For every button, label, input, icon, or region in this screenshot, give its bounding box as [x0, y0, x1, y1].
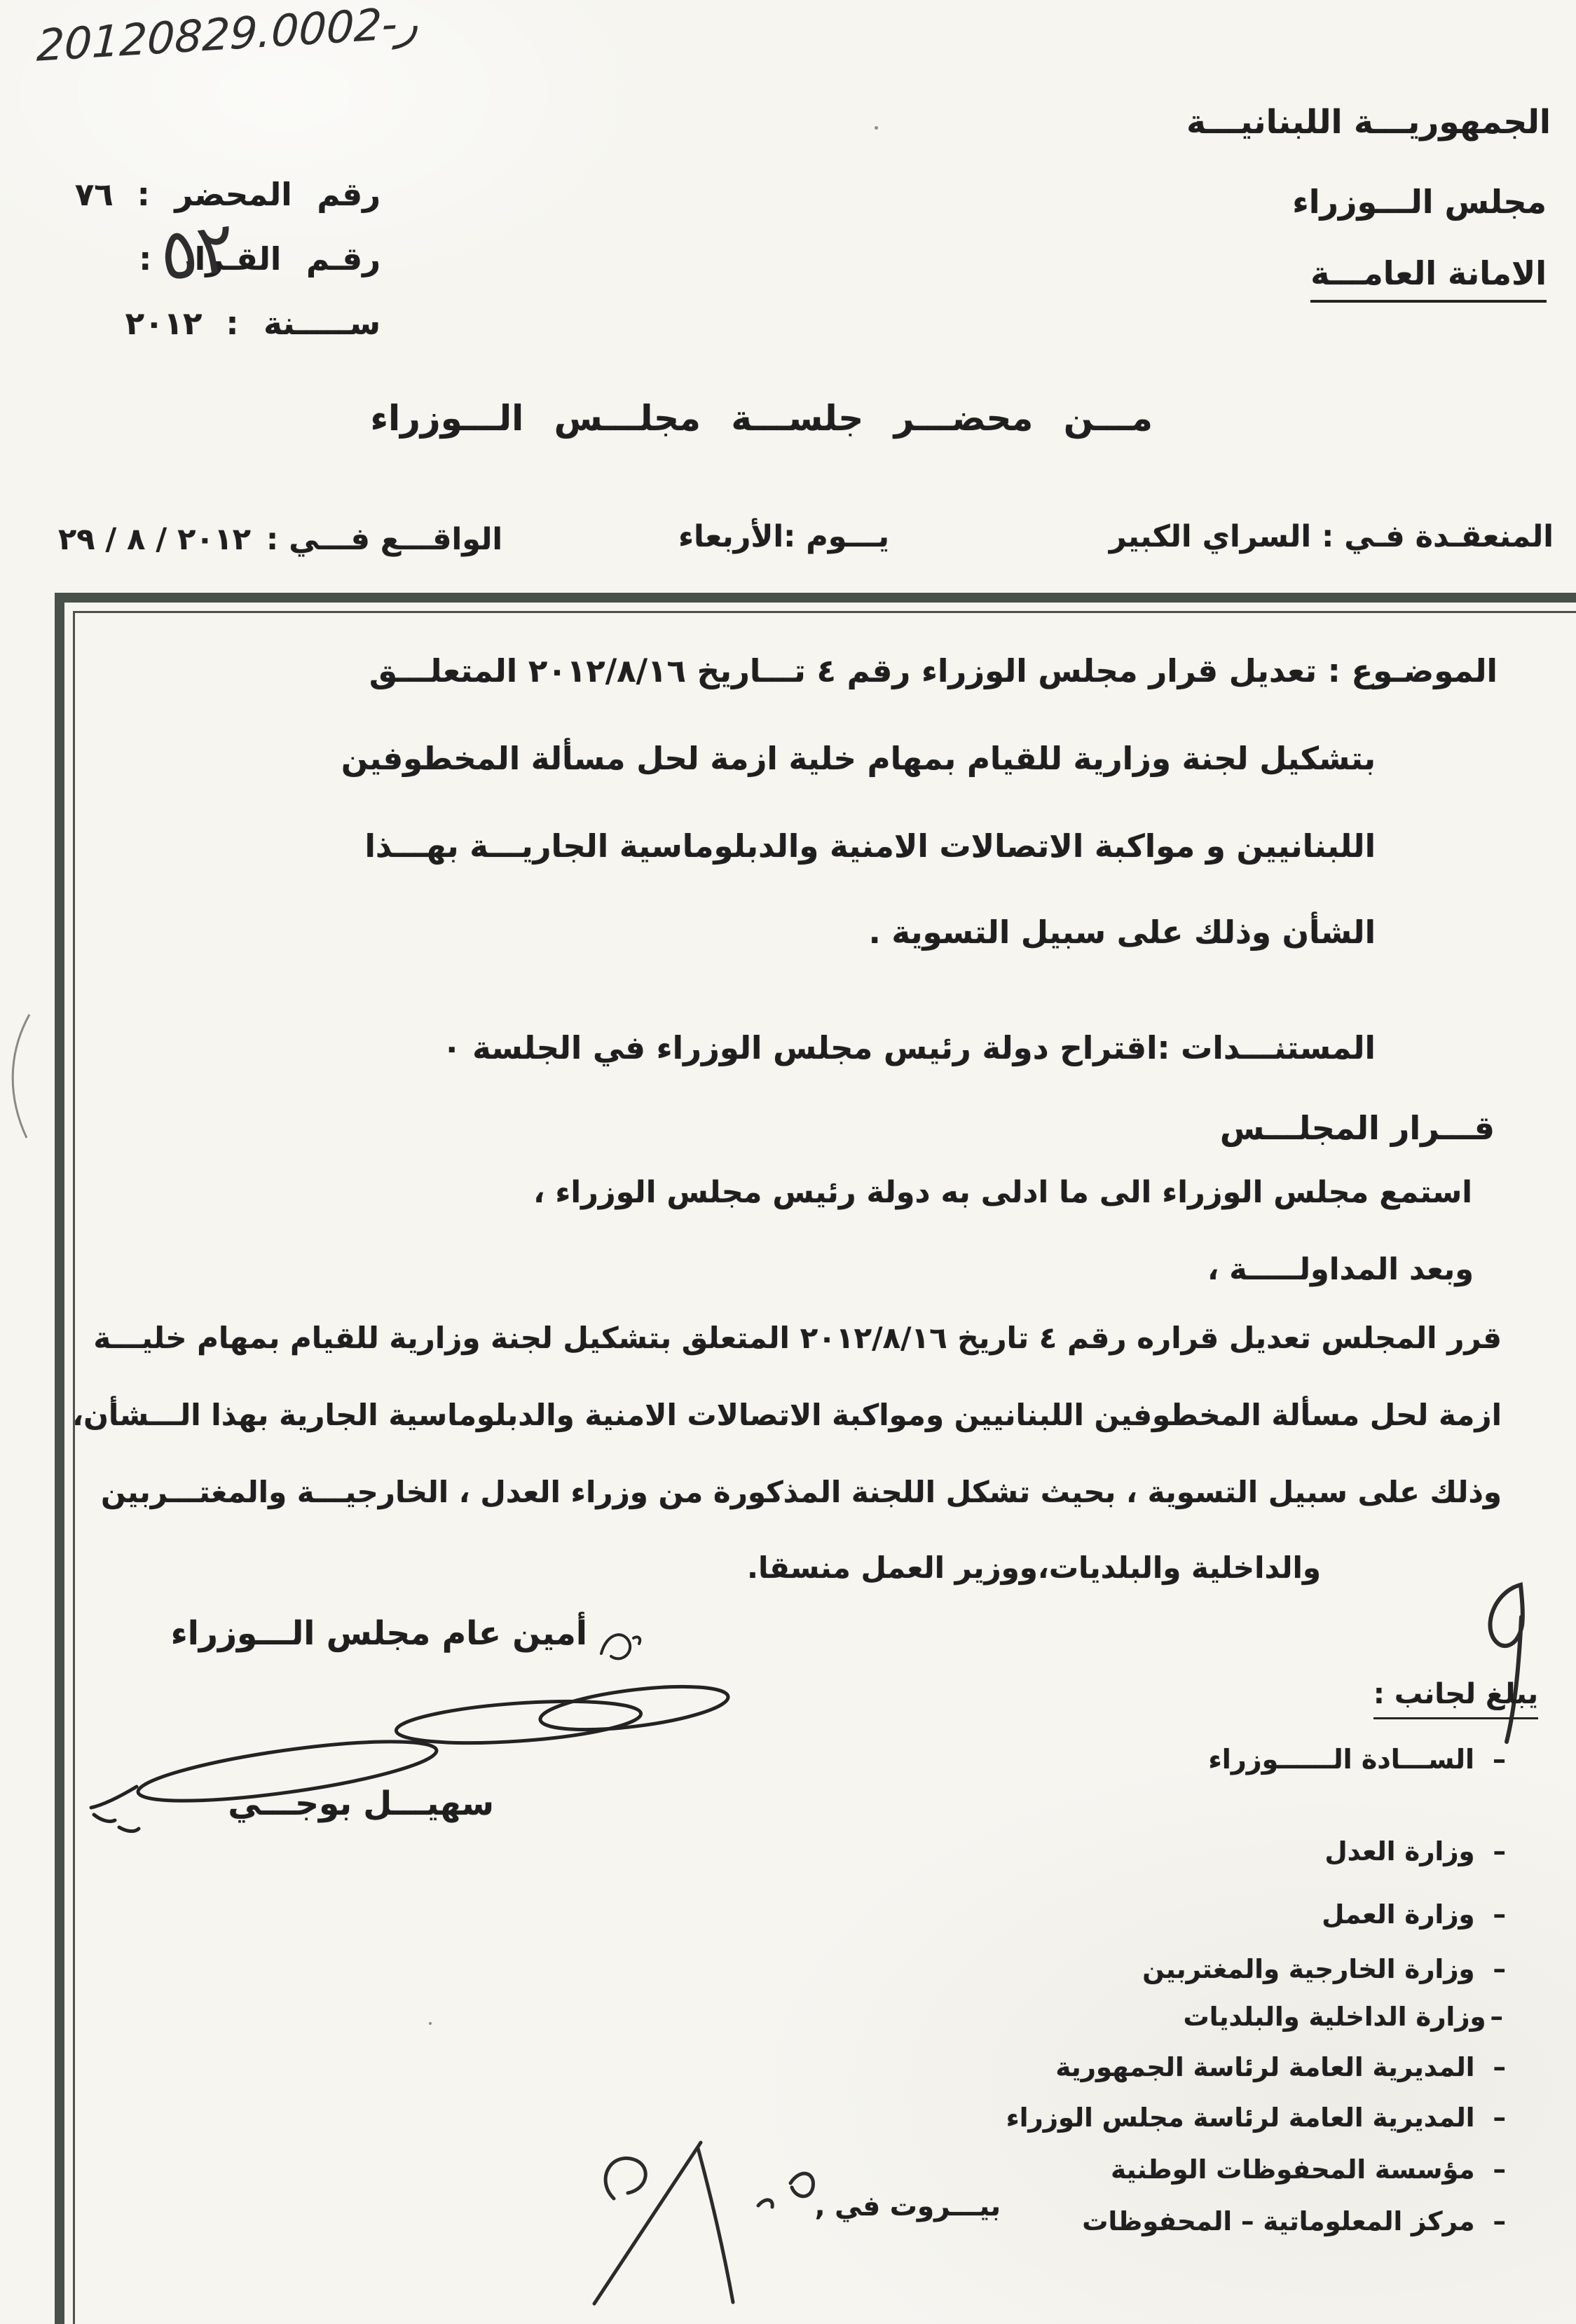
signature-name: سهيـــل بوجـــي: [228, 1784, 494, 1825]
notify-item-label: وزارة العدل: [1325, 1836, 1475, 1866]
record-number-label: رقم المحضر :: [137, 176, 381, 213]
list-dash: –: [1493, 2154, 1507, 2185]
handwritten-date-scribble: [582, 2116, 890, 2319]
notify-heading: يبلغ لجانب :: [1373, 1677, 1538, 1719]
notify-item-label: مؤسسة المحفوظات الوطنية: [1111, 2154, 1474, 2185]
decision-line-3: قرر المجلس تعديل قراره رقم ٤ تاريخ ٢٠١٢/…: [93, 1320, 1502, 1357]
session-held-at: المنعقـدة فـي : السراي الكبير: [1109, 518, 1554, 556]
notify-item-label: وزارة الداخلية والبلديات: [1184, 2002, 1486, 2032]
notify-item-label: مركز المعلوماتية – المحفوظات: [1082, 2206, 1474, 2236]
scanned-document-page: 20120829.0002-ر الجمهوريـــة اللبنانيـــ…: [0, 0, 1576, 2324]
record-number-value: ٧٦: [75, 176, 114, 213]
notify-item-national-archives: –مؤسسة المحفوظات الوطنية: [1111, 2154, 1506, 2186]
decision-line-5: وذلك على سبيل التسوية ، بحيث تشكل اللجنة…: [101, 1474, 1502, 1511]
notify-item-interior: –وزارة الداخلية والبلديات: [1184, 2001, 1503, 2033]
decision-line-2: وبعد المداولـــــة ،: [1207, 1251, 1474, 1289]
supporting-documents-line: المستنـــدات :اقتراح دولة رئيس مجلس الوز…: [442, 1029, 1376, 1068]
list-dash: –: [1493, 2052, 1507, 2082]
session-day: يـــوم :الأربعاء: [678, 518, 889, 556]
notify-item-ministers: –الســـادة الــــــوزراء: [1208, 1743, 1506, 1777]
list-dash: –: [1493, 1836, 1507, 1866]
decision-number-handwritten-value: ٥٢: [154, 202, 241, 300]
notify-item-informatics-center: –مركز المعلوماتية – المحفوظات: [1082, 2206, 1506, 2238]
scan-speck: [429, 2022, 432, 2025]
scan-speck: [875, 126, 878, 130]
list-dash: –: [1493, 1954, 1507, 1984]
list-dash: –: [1493, 1899, 1507, 1930]
session-date-value: ٢٠١٢ / ٨ / ٢٩: [58, 522, 251, 557]
header-secretariat: الامانة العامـــة: [1310, 254, 1547, 303]
session-date: الواقـــع فـــي :٢٠١٢ / ٨ / ٢٩: [58, 521, 502, 559]
notify-item-label: الســـادة الــــــوزراء: [1208, 1744, 1474, 1775]
notify-item-foreign-affairs: –وزارة الخارجية والمغتربين: [1142, 1953, 1506, 1986]
paper-crease-mark: [1, 1010, 43, 1143]
list-dash: –: [1493, 2206, 1507, 2236]
year-value: ٢٠١٢: [125, 305, 203, 342]
list-dash: –: [1493, 1744, 1506, 1775]
notify-item-pcm-directorate: –المديرية العامة لرئاسة مجلس الوزراء: [1006, 2102, 1506, 2134]
notify-item-label: المديرية العامة لرئاسة الجمهورية: [1055, 2052, 1474, 2082]
notify-item-justice: –وزارة العدل: [1325, 1836, 1506, 1868]
header-republic: الجمهوريـــة اللبنانيـــة: [1186, 102, 1551, 144]
year-label: ســـــنة :: [226, 305, 381, 342]
subject-line-2: بتشكيل لجنة وزارية للقيام بمهام خلية ازم…: [341, 739, 1376, 778]
notify-item-presidency-directorate: –المديرية العامة لرئاسة الجمهورية: [1055, 2051, 1506, 2084]
list-dash: –: [1493, 2103, 1507, 2133]
subject-line-4: الشأن وذلك على سبيل التسوية .: [869, 913, 1376, 952]
notify-item-labor: –وزارة العمل: [1322, 1899, 1506, 1931]
notify-item-label: وزارة الخارجية والمغتربين: [1142, 1954, 1474, 1984]
notify-item-label: وزارة العمل: [1322, 1899, 1474, 1930]
list-dash: –: [1491, 2002, 1504, 2032]
decision-line-6: والداخلية والبلديات،ووزير العمل منسقا.: [747, 1550, 1321, 1587]
decision-line-1: استمع مجلس الوزراء الى ما ادلى به دولة ر…: [533, 1174, 1472, 1212]
decision-heading: قـــرار المجلـــس: [1220, 1108, 1495, 1149]
subject-line-1: الموضـوع : تعديل قرار مجلس الوزراء رقم ٤…: [369, 652, 1498, 691]
scan-speck: [1280, 1045, 1282, 1048]
header-council: مجلس الـــوزراء: [1292, 182, 1547, 223]
year-row: ســـــنة :٢٠١٢: [125, 304, 381, 343]
subject-line-3: اللبنانيين و مواكبة الاتصالات الامنية وا…: [364, 827, 1376, 866]
initials-scribble: [593, 1623, 649, 1668]
signature-title: أمين عام مجلس الـــوزراء: [171, 1614, 587, 1655]
notify-item-label: المديرية العامة لرئاسة مجلس الوزراء: [1006, 2103, 1475, 2133]
document-title: مـــن محضـــر جلســـة مجلـــس الـــوزراء: [370, 397, 1153, 441]
handwritten-archive-reference: 20120829.0002-ر: [36, 0, 420, 73]
handwritten-margin-mark: [1477, 1575, 1544, 1757]
session-date-label: الواقـــع فـــي :: [266, 522, 502, 557]
decision-line-4: ازمة لحل مسألة المخطوفين اللبنانيين وموا…: [72, 1397, 1502, 1434]
